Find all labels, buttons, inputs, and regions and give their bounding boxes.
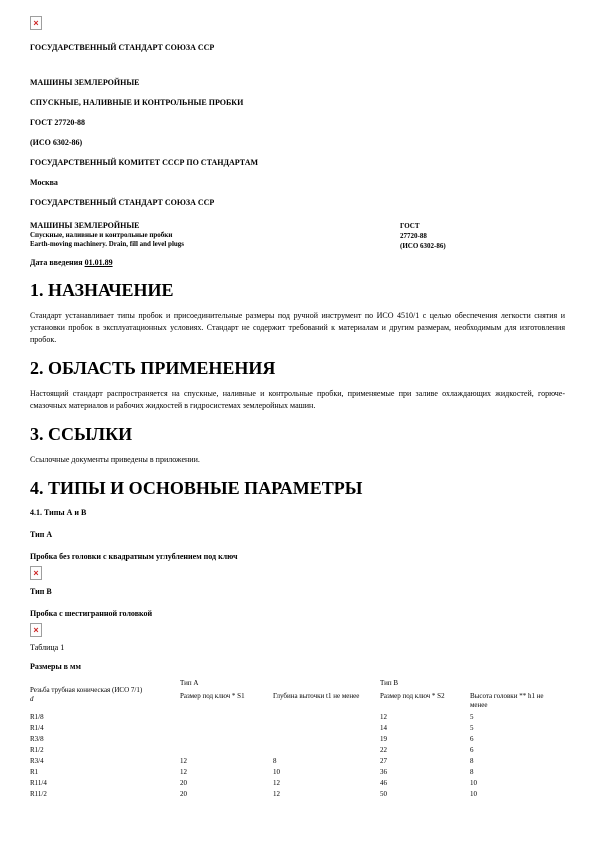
table-cell-h1: 6 [470,745,565,756]
table-cell-s1 [180,734,273,745]
column-header-s1: Размер под ключ * S1 [180,692,273,712]
section-4-heading: 4. ТИПЫ И ОСНОВНЫЕ ПАРАМЕТРЫ [30,479,565,498]
header-line-iso-number: (ИСО 6302-86) [30,138,565,147]
table-row: R1/2226 [30,745,565,756]
table-row: R11210368 [30,767,565,778]
table-units-note: Размеры в мм [30,662,565,671]
type-b-description: Пробка с шестигранной головкой [30,609,565,618]
subsection-4-1-heading: 4.1. Типы А и В [30,508,565,517]
table-cell-t1 [273,723,380,734]
type-b-label: Тип В [30,587,565,596]
table-cell-s1 [180,723,273,734]
table-cell-t1: 12 [273,778,380,789]
table-cell-h1: 10 [470,789,565,800]
table-cell-t1: 10 [273,767,380,778]
effective-date-value: 01.01.89 [85,258,113,267]
table-cell-thread: R1/4 [30,723,180,734]
table-cell-s2: 27 [380,756,470,767]
column-header-thread-symbol: d [30,695,34,703]
column-header-t1: Глубина выточки t1 не менее [273,692,380,712]
effective-date-label: Дата введения [30,258,85,267]
header-line-machines: МАШИНЫ ЗЕМЛЕРОЙНЫЕ [30,78,565,87]
table-cell-s1 [180,745,273,756]
table-header: Резьба трубная коническая (ИСО 7/1)d Тип… [30,679,565,712]
table-cell-t1: 8 [273,756,380,767]
section-3-heading: 3. ССЫЛКИ [30,425,565,444]
type-a-label: Тип А [30,530,565,539]
table-cell-h1: 5 [470,723,565,734]
section-1-heading: 1. НАЗНАЧЕНИЕ [30,281,565,300]
header-line-standard-2: ГОСУДАРСТВЕННЫЙ СТАНДАРТ СОЮЗА ССР [30,198,565,207]
column-header-s2: Размер под ключ * S2 [380,692,470,712]
title-block-left: МАШИНЫ ЗЕМЛЕРОЙНЫЕ Спускные, наливные и … [30,221,400,251]
broken-image-icon: × [30,566,42,580]
table-cell-s2: 50 [380,789,470,800]
table-cell-s1: 20 [180,778,273,789]
type-a-description: Пробка без головки с квадратным углублен… [30,552,565,561]
column-group-type-a: Тип А [180,679,380,692]
table-row: R3/4128278 [30,756,565,767]
effective-date-line: Дата введения 01.01.89 [30,258,565,267]
table-cell-thread: R11/2 [30,789,180,800]
header-line-committee: ГОСУДАРСТВЕННЫЙ КОМИТЕТ СССР ПО СТАНДАРТ… [30,158,565,167]
iso-number: (ИСО 6302-86) [400,241,446,251]
table-cell-s2: 22 [380,745,470,756]
broken-image-x-icon: × [33,19,38,28]
table-cell-h1: 8 [470,756,565,767]
broken-image-x-icon: × [33,626,38,635]
table-cell-h1: 10 [470,778,565,789]
table-cell-thread: R3/4 [30,756,180,767]
table-row: R3/8196 [30,734,565,745]
gost-number: 27720-88 [400,231,446,241]
table-cell-s1 [180,712,273,723]
table-cell-thread: R3/8 [30,734,180,745]
section-2-heading: 2. ОБЛАСТЬ ПРИМЕНЕНИЯ [30,359,565,378]
header-line-standard: ГОСУДАРСТВЕННЫЙ СТАНДАРТ СОЮЗА ССР [30,43,565,52]
gost-label: ГОСТ [400,221,446,231]
table-header-group-row: Резьба трубная коническая (ИСО 7/1)d Тип… [30,679,565,692]
header-line-city: Москва [30,178,565,187]
table-caption: Таблица 1 [30,643,565,652]
table-cell-t1: 12 [273,789,380,800]
table-body: R1/8125R1/4145R3/8196R1/2226R3/4128278R1… [30,712,565,800]
column-header-h1: Высота головки ** h1 не менее [470,692,565,712]
table-cell-s2: 46 [380,778,470,789]
table-cell-t1 [273,745,380,756]
table-row: R1/8125 [30,712,565,723]
table-cell-t1 [273,712,380,723]
table-cell-s1: 12 [180,756,273,767]
table-row: R11/420124610 [30,778,565,789]
section-1-body: Стандарт устанавливает типы пробок и при… [30,310,565,346]
broken-image-icon: × [30,623,42,637]
column-header-thread: Резьба трубная коническая (ИСО 7/1)d [30,679,180,712]
dimensions-table: Резьба трубная коническая (ИСО 7/1)d Тип… [30,679,565,800]
table-cell-h1: 6 [470,734,565,745]
table-cell-s2: 19 [380,734,470,745]
title-block-right: ГОСТ 27720-88 (ИСО 6302-86) [400,221,446,251]
document-subtitle-en: Earth-moving machinery. Drain, fill and … [30,240,400,249]
table-cell-thread: R11/4 [30,778,180,789]
document-title-ru: МАШИНЫ ЗЕМЛЕРОЙНЫЕ [30,221,400,230]
table-cell-thread: R1/2 [30,745,180,756]
table-cell-s1: 12 [180,767,273,778]
table-cell-s2: 14 [380,723,470,734]
title-block: МАШИНЫ ЗЕМЛЕРОЙНЫЕ Спускные, наливные и … [30,221,565,251]
table-cell-s1: 20 [180,789,273,800]
column-header-thread-label: Резьба трубная коническая (ИСО 7/1) [30,686,142,694]
table-cell-h1: 5 [470,712,565,723]
document-page: × ГОСУДАРСТВЕННЫЙ СТАНДАРТ СОЮЗА ССР МАШ… [0,0,595,842]
header-line-plugs: СПУСКНЫЕ, НАЛИВНЫЕ И КОНТРОЛЬНЫЕ ПРОБКИ [30,98,565,107]
column-group-type-b: Тип В [380,679,565,692]
table-cell-s2: 36 [380,767,470,778]
table-row: R11/220125010 [30,789,565,800]
document-subtitle-ru: Спускные, наливные и контрольные пробки [30,231,400,240]
table-cell-s2: 12 [380,712,470,723]
table-row: R1/4145 [30,723,565,734]
table-cell-thread: R1/8 [30,712,180,723]
broken-image-icon: × [30,16,42,30]
table-cell-thread: R1 [30,767,180,778]
section-2-body: Настоящий стандарт распространяется на с… [30,388,565,412]
section-3-body: Ссылочные документы приведены в приложен… [30,454,565,466]
broken-image-x-icon: × [33,569,38,578]
header-line-gost-number: ГОСТ 27720-88 [30,118,565,127]
table-cell-t1 [273,734,380,745]
table-cell-h1: 8 [470,767,565,778]
